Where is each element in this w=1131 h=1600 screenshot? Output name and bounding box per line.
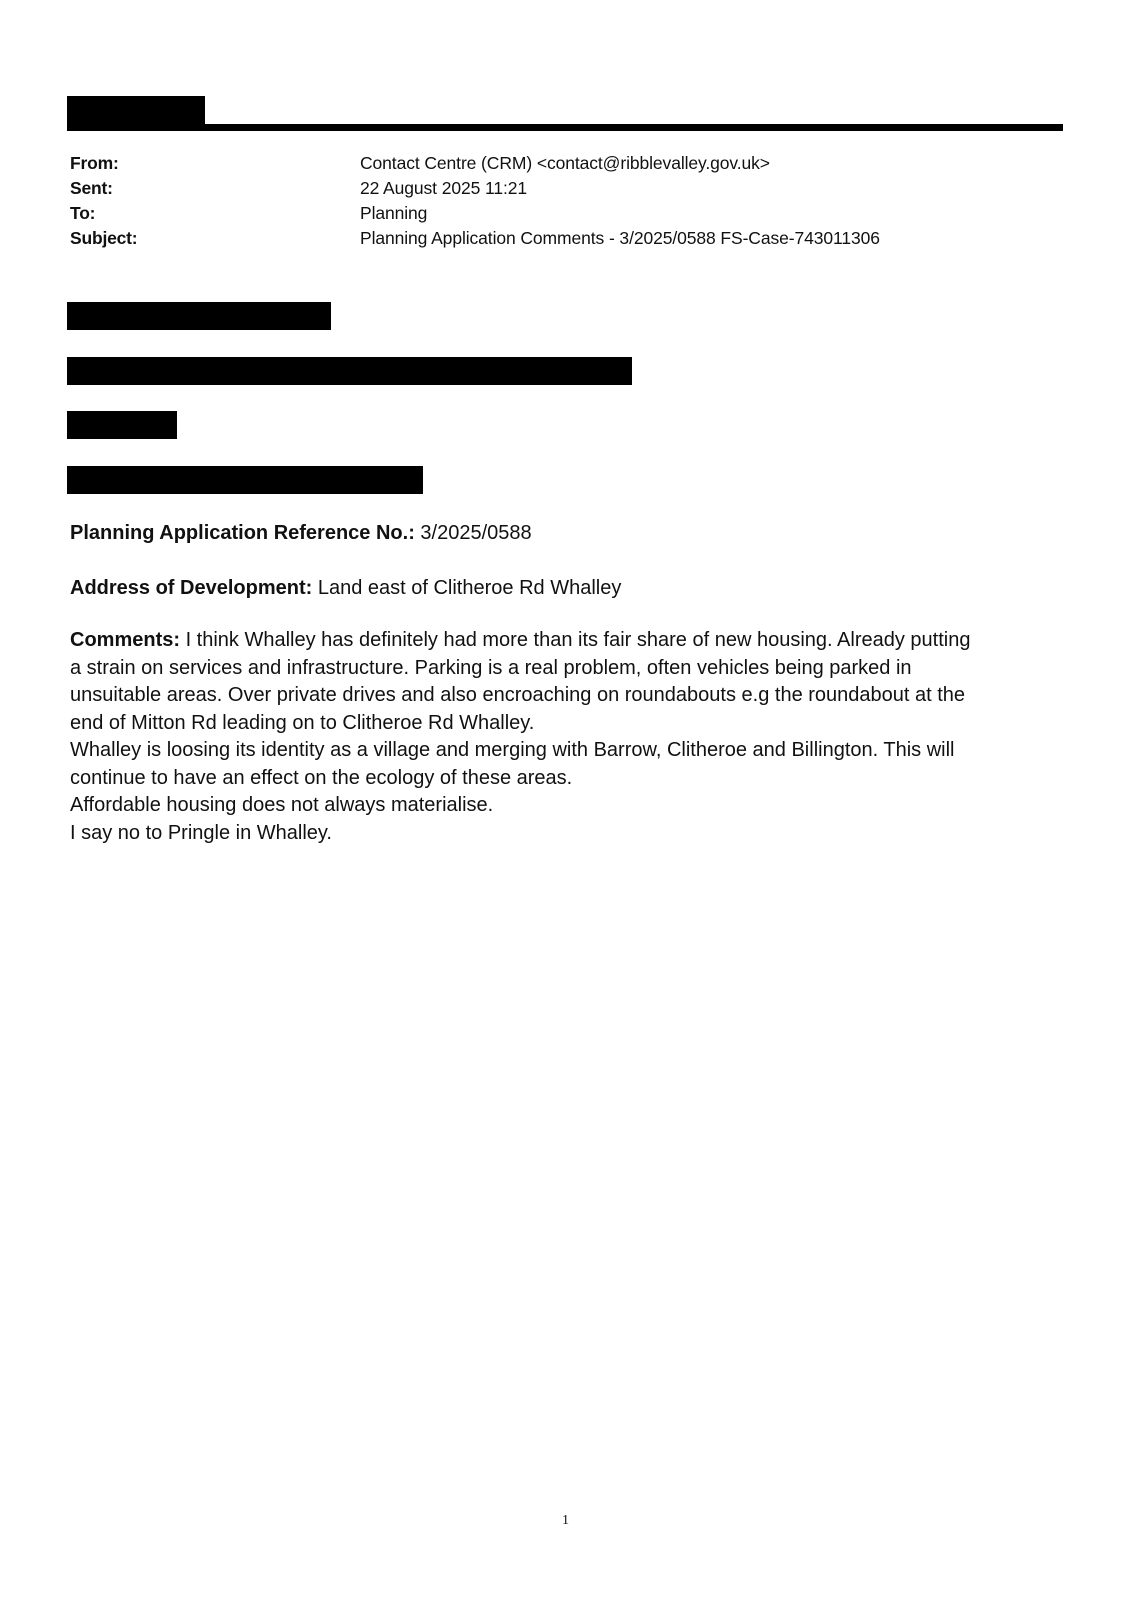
header-value: 22 August 2025 11:21: [360, 176, 527, 201]
reference-label: Planning Application Reference No.:: [70, 522, 415, 544]
header-to: To: Planning: [70, 201, 1070, 226]
comment-line: Affordable housing does not always mater…: [70, 792, 1070, 820]
comment-line: end of Mitton Rd leading on to Clitheroe…: [70, 710, 1070, 738]
header-label: Subject:: [70, 226, 360, 251]
header-label: Sent:: [70, 176, 360, 201]
comments-field: Comments: I think Whalley has definitely…: [70, 627, 1070, 847]
address-field: Address of Development: Land east of Cli…: [70, 574, 1070, 602]
comment-text: I think Whalley has definitely had more …: [180, 629, 970, 651]
header-from: From: Contact Centre (CRM) <contact@ribb…: [70, 151, 1070, 176]
header-value: Contact Centre (CRM) <contact@ribblevall…: [360, 151, 770, 176]
reference-field: Planning Application Reference No.: 3/20…: [70, 519, 1070, 547]
page-number: 1: [0, 1513, 1131, 1529]
comment-line: I say no to Pringle in Whalley.: [70, 820, 1070, 848]
address-value: Land east of Clitheroe Rd Whalley: [318, 577, 622, 599]
comment-line: Comments: I think Whalley has definitely…: [70, 627, 1070, 655]
header-value: Planning: [360, 201, 427, 226]
header-value: Planning Application Comments - 3/2025/0…: [360, 226, 880, 251]
comment-line: unsuitable areas. Over private drives an…: [70, 682, 1070, 710]
header-label: From:: [70, 151, 360, 176]
header-subject: Subject: Planning Application Comments -…: [70, 226, 1070, 251]
redacted-block: [67, 466, 423, 494]
reference-value: 3/2025/0588: [420, 522, 531, 544]
address-label: Address of Development:: [70, 577, 312, 599]
redacted-sender-name: [67, 96, 205, 126]
redacted-block: [67, 411, 177, 439]
comment-line: a strain on services and infrastructure.…: [70, 655, 1070, 683]
header-rule: [67, 124, 1063, 131]
redacted-block: [67, 357, 632, 385]
header-label: To:: [70, 201, 360, 226]
email-headers: From: Contact Centre (CRM) <contact@ribb…: [70, 151, 1070, 251]
redacted-block: [67, 302, 331, 330]
document-page: From: Contact Centre (CRM) <contact@ribb…: [0, 0, 1131, 1600]
header-sent: Sent: 22 August 2025 11:21: [70, 176, 1070, 201]
comment-line: Whalley is loosing its identity as a vil…: [70, 737, 1070, 765]
comment-line: continue to have an effect on the ecolog…: [70, 765, 1070, 793]
comments-label: Comments:: [70, 629, 180, 651]
